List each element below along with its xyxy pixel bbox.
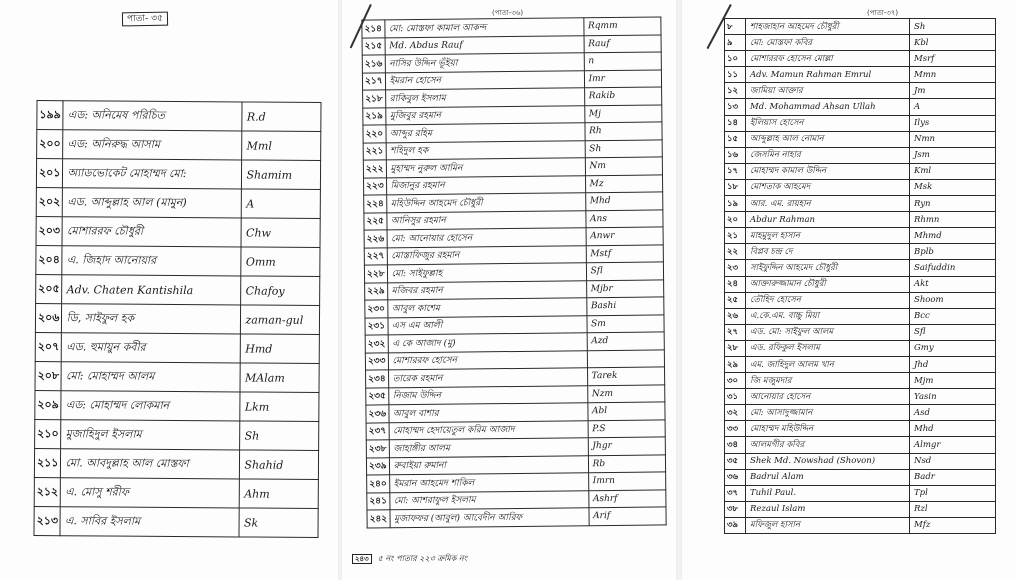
- signature: Hmd: [241, 334, 320, 364]
- attendee-name: এড: মোহাম্মদ লোকমান: [61, 391, 240, 421]
- attendee-name: জেসমিন নাহার: [746, 147, 910, 163]
- signature: Shahid: [240, 450, 319, 480]
- row-number: ১০: [725, 51, 746, 67]
- row-number: ২০৩: [36, 217, 63, 246]
- attendee-name: রাকিবুল ইসলাম: [385, 88, 584, 108]
- signature: Rzl: [910, 501, 996, 517]
- signature: Omm: [241, 247, 320, 277]
- row-number: ২৩০: [365, 300, 388, 318]
- table-row: ২৪২মুজাফফর (আবুল) আবেদীন আরিফArif: [367, 507, 666, 528]
- signature: Imrn: [588, 472, 666, 490]
- signature: Bashi: [586, 297, 664, 315]
- attendee-name: মোশতাক আহমেদ: [746, 179, 910, 195]
- attendee-name: মো. আবদুল্লাহ আল মোস্তফা: [61, 449, 240, 479]
- signature: Jhgr: [588, 437, 666, 455]
- attendee-name: এ. জিহাদ আনোয়ার: [62, 246, 241, 276]
- row-number: ১২: [725, 83, 746, 99]
- attendee-name: এড. আব্দুল্লাহ আল (মামুন): [63, 188, 242, 218]
- row-number: ২২৮: [364, 265, 387, 283]
- signature: n: [584, 52, 662, 70]
- signature: Ans: [585, 209, 663, 227]
- signature: Chafoy: [241, 276, 320, 306]
- row-number: ২৪১: [367, 492, 390, 510]
- signature: Nm: [585, 157, 663, 175]
- row-number: ২০৭: [35, 333, 62, 362]
- table-row: ২০৩মোশাররফ চৌধুরীChw: [36, 217, 320, 248]
- attendee-name: মোহাম্মদ মহিউদ্দিন: [746, 421, 910, 437]
- row-number: ২৩৮: [366, 440, 389, 458]
- attendee-name: মোহাম্মদ কামাল উদ্দিন: [746, 163, 910, 179]
- attendee-name: ইমরান হোসেন: [385, 70, 584, 90]
- table-row: ২১২এ. মোসু শরীফAhm: [34, 478, 318, 509]
- signature: Mstf: [586, 244, 664, 262]
- row-number: ২২৯: [365, 282, 388, 300]
- signature: Yasin: [910, 389, 996, 405]
- row-number: ২১৪: [362, 20, 385, 38]
- attendee-name: এড. হুমায়ুন কবীর: [62, 333, 241, 363]
- table-row: ৯মো: মোস্তফা কবিরKbl: [725, 35, 996, 51]
- signature: Mhd: [585, 192, 663, 210]
- row-number: ২৫: [725, 292, 746, 308]
- attendee-name: Shek Md. Nowshad (Shovon): [746, 453, 910, 469]
- table-row: ১৯আর. এম. রায়হানRyn: [725, 196, 996, 212]
- signature: Jsm: [910, 147, 996, 163]
- signature: Arif: [589, 507, 667, 525]
- attendee-name: অ্যাডভোকেট মোহাম্মদ মো:: [63, 159, 242, 189]
- attendee-name: বিপ্লব চন্দ্র দে: [746, 244, 910, 260]
- footer-boxed-number: ২৪৩: [352, 554, 372, 564]
- signature: Msrf: [910, 51, 996, 67]
- table-row: ২০৯এড: মোহাম্মদ লোকমানLkm: [35, 391, 319, 422]
- row-number: ২২৬: [364, 230, 387, 248]
- row-number: ২৬: [725, 308, 746, 324]
- attendee-name: ইলিয়াস হোসেন: [746, 115, 910, 131]
- signature: Ryn: [910, 196, 996, 212]
- signature: Rh: [585, 122, 663, 140]
- row-number: ২৩৬: [366, 405, 389, 423]
- signature: Sk: [239, 508, 318, 538]
- row-number: ১৪: [725, 115, 746, 131]
- row-number: ২০২: [36, 188, 63, 217]
- attendee-name: আনোয়ার হোসেন: [746, 389, 910, 405]
- table-row: ৮শাহজাহান আহমেদ চৌধুরীSh: [725, 19, 996, 35]
- signature: Bcc: [910, 308, 996, 324]
- attendee-name: শাহজাহান আহমেদ চৌধুরী: [746, 19, 910, 35]
- table-row: ২০০এড: অনিরুদ্ধ আসামMml: [37, 130, 321, 161]
- signature: Shoom: [910, 292, 996, 308]
- attendee-name: Rezaul Islam: [746, 501, 910, 517]
- row-number: ২৩৩: [365, 352, 388, 370]
- table-row: ১৯৯এড: অনিমেষ পরিচিতR.d: [37, 101, 321, 132]
- row-number: ১৬: [725, 147, 746, 163]
- row-number: ২০৯: [35, 391, 62, 420]
- signature: Asd: [910, 405, 996, 421]
- row-number: ২০৬: [35, 304, 62, 333]
- signature: [587, 349, 665, 367]
- signature: Ashrf: [588, 489, 666, 507]
- attendee-name: আক্তারুজ্জামান চৌধুরী: [746, 276, 910, 292]
- row-number: ২৯: [725, 356, 746, 372]
- signature: R.d: [242, 102, 321, 132]
- signature: Mjm: [910, 373, 996, 389]
- table-row: ১৭মোহাম্মদ কামাল উদ্দিনKml: [725, 163, 996, 179]
- row-number: ৩৩: [725, 421, 746, 437]
- signature: Mjbr: [586, 279, 664, 297]
- row-number: ২২১: [363, 142, 386, 160]
- attendee-name: আবুল কাশেম: [387, 298, 586, 318]
- row-number: ২০৫: [36, 275, 63, 304]
- signature: Msk: [910, 179, 996, 195]
- row-number: ২১: [725, 228, 746, 244]
- signature-table-left: ১৯৯এড: অনিমেষ পরিচিতR.d২০০এড: অনিরুদ্ধ আ…: [33, 100, 321, 538]
- document-page-right: (পাতা-৩৭) ৮শাহজাহান আহমেদ চৌধুরীSh৯মো: ম…: [682, 0, 1015, 580]
- attendee-name: এড. রফিকুল ইসলাম: [746, 340, 910, 356]
- attendee-name: আলমগীর কবির: [746, 437, 910, 453]
- table-row: ২৮এড. রফিকুল ইসলামGmy: [725, 340, 996, 356]
- row-number: ১১: [725, 67, 746, 83]
- attendee-name: আব্দুল্লাহ আল নোমান: [746, 131, 910, 147]
- document-page-middle: (পাতা-৩৬) ২১৪মো: মোস্তফা কামাল আকন্দRqmm…: [342, 0, 676, 580]
- table-row: ১৪ইলিয়াস হোসেনIlys: [725, 115, 996, 131]
- table-row: ২১১মো. আবদুল্লাহ আল মোস্তফাShahid: [34, 449, 318, 480]
- attendee-name: মিজানুর রহমান: [386, 175, 585, 195]
- row-number: ২৩৯: [366, 457, 389, 475]
- row-number: ২১৫: [362, 37, 385, 55]
- row-number: ২৩৭: [366, 422, 389, 440]
- row-number: ২৭: [725, 324, 746, 340]
- signature: Mj: [584, 104, 662, 122]
- attendee-name: মো: মোহাম্মদ আলম: [61, 362, 240, 392]
- attendee-name: নিজাম উদ্দিন: [388, 385, 587, 405]
- attendee-name: Badrul Alam: [746, 469, 910, 485]
- row-number: ২২০: [363, 125, 386, 143]
- table-row: ২৩সাইফুদ্দিন আহমেদ চৌধুরীSaifuddin: [725, 260, 996, 276]
- table-row: ৩০জি মজুমদারMjm: [725, 373, 996, 389]
- row-number: ৩১: [725, 389, 746, 405]
- signature: MAlam: [240, 363, 319, 393]
- attendee-name: মফিজুল হাসান: [746, 517, 910, 533]
- signature: Sm: [587, 314, 665, 332]
- signature: Rauf: [584, 34, 662, 52]
- signature: Almgr: [910, 437, 996, 453]
- signature: Mhd: [910, 421, 996, 437]
- row-number: ২৩৫: [366, 387, 389, 405]
- row-number: ৩৪: [725, 437, 746, 453]
- row-number: ৩২: [725, 405, 746, 421]
- row-number: ৩৯: [725, 517, 746, 533]
- row-number: ৩৮: [725, 501, 746, 517]
- row-number: ১৭: [725, 163, 746, 179]
- row-number: ২৩: [725, 260, 746, 276]
- table-row: ২০Abdur RahmanRhmn: [725, 212, 996, 228]
- attendee-name: তারেক রহমান: [388, 368, 587, 388]
- signature: Rqmm: [583, 17, 661, 35]
- signature: Nsd: [910, 453, 996, 469]
- row-number: ২০৪: [36, 246, 63, 275]
- attendee-name: ইমরান আহমেদ শাকিল: [389, 473, 588, 493]
- signature: Akt: [910, 276, 996, 292]
- signature: zaman-gul: [241, 305, 320, 335]
- attendee-name: এড. মো: সাইফুল আলম: [746, 324, 910, 340]
- row-number: ২১৯: [363, 107, 386, 125]
- attendee-name: আর. এম. রায়হান: [746, 196, 910, 212]
- attendee-name: মো: আসাদুজ্জামান: [746, 405, 910, 421]
- signature: Mmn: [910, 67, 996, 83]
- row-number: ২১০: [35, 420, 62, 449]
- signature: Jm: [910, 83, 996, 99]
- attendee-name: তৌহিদ হোসেন: [746, 292, 910, 308]
- signature: Mml: [242, 131, 321, 161]
- table-row: ২১মাহমুদুল হাসানMhmd: [725, 228, 996, 244]
- signature: Jhd: [910, 356, 996, 372]
- signature: Nzm: [587, 384, 665, 402]
- table-row: ২২বিপ্লব চন্দ্র দেBplb: [725, 244, 996, 260]
- row-number: ২৩২: [365, 335, 388, 353]
- row-number: ২২৩: [364, 177, 387, 195]
- table-row: ১২জামিয়া আক্তারJm: [725, 83, 996, 99]
- attendee-name: আব্দুর রহিম: [386, 123, 585, 143]
- attendee-name: সাইফুদ্দিন আহমেদ চৌধুরী: [746, 260, 910, 276]
- signature: Anwr: [586, 227, 664, 245]
- row-number: ২৪২: [367, 510, 390, 528]
- attendee-name: মুহাম্মদ নুরুল আমিন: [386, 158, 585, 178]
- table-row: ৩৪আলমগীর কবিরAlmgr: [725, 437, 996, 453]
- attendee-name: মোশাররফ চৌধুরী: [62, 217, 241, 247]
- attendee-name: এম. জাহিদুল আলম খান: [746, 356, 910, 372]
- signature: Gmy: [910, 340, 996, 356]
- signature: Ilys: [910, 115, 996, 131]
- attendee-name: মাহমুদুল হাসান: [746, 228, 910, 244]
- signature: Tarek: [587, 367, 665, 385]
- attendee-name: মো: আনোয়ার হোসেন: [387, 228, 586, 248]
- table-row: ২৯এম. জাহিদুল আলম খানJhd: [725, 356, 996, 372]
- signature: A: [242, 189, 321, 219]
- attendee-name: ডি, সাইফুল হক: [62, 304, 241, 334]
- table-row: ২০১অ্যাডভোকেট মোহাম্মদ মো:Shamim: [36, 159, 320, 190]
- attendee-name: মোশাররফ হোসেন মোল্লা: [746, 51, 910, 67]
- attendee-name: মোশাররফ হোসেন: [388, 350, 587, 370]
- attendee-name: মুজিবুর রহমান: [385, 105, 584, 125]
- table-row: ১১Adv. Mamun Rahman EmrulMmn: [725, 67, 996, 83]
- signature: Ahm: [240, 479, 319, 509]
- signature: Rb: [588, 454, 666, 472]
- table-row: ১৮মোশতাক আহমেদMsk: [725, 179, 996, 195]
- attendee-name: Md. Abdus Rauf: [385, 35, 584, 55]
- row-number: ১৯: [725, 196, 746, 212]
- table-row: ২০৭এড. হুমায়ুন কবীরHmd: [35, 333, 319, 364]
- signature: Abl: [587, 402, 665, 420]
- signature: Azd: [587, 332, 665, 350]
- attendee-name: Abdur Rahman: [746, 212, 910, 228]
- attendee-name: জামিয়া আক্তার: [746, 83, 910, 99]
- row-number: ২১৭: [362, 72, 385, 90]
- table-row: ৩৬Badrul AlamBadr: [725, 469, 996, 485]
- row-number: ১৩: [725, 99, 746, 115]
- row-number: ২১৩: [34, 507, 61, 536]
- signature: Kbl: [910, 35, 996, 51]
- table-row: ১৫আব্দুল্লাহ আল নোমানNmn: [725, 131, 996, 147]
- table-row: ৩৭Tuhil Paul.Tpl: [725, 485, 996, 501]
- attendee-name: জাহাঙ্গীর আলম: [389, 438, 588, 458]
- attendee-name: রুবাইয়া রুমানা: [389, 455, 588, 475]
- signature: Rakib: [584, 87, 662, 105]
- attendee-name: এড: অনিরুদ্ধ আসাম: [63, 130, 242, 160]
- footer-note: ২৪৩৫ নং পাতার ২২৩ ক্রমিক নং: [352, 553, 467, 566]
- signature: Tpl: [910, 485, 996, 501]
- attendee-name: আবুল বাশার: [388, 403, 587, 423]
- attendee-name: মো: মোস্তফা কামাল আকন্দ: [384, 18, 583, 38]
- attendee-name: Adv. Mamun Rahman Emrul: [746, 67, 910, 83]
- attendee-name: এড: অনিমেষ পরিচিত: [63, 101, 242, 131]
- table-row: ৩২মো: আসাদুজ্জামানAsd: [725, 405, 996, 421]
- row-number: ২২: [725, 244, 746, 260]
- signature: Lkm: [240, 392, 319, 422]
- row-number: ৩০: [725, 373, 746, 389]
- row-number: ৩৫: [725, 453, 746, 469]
- table-row: ২৪আক্তারুজ্জামান চৌধুরীAkt: [725, 276, 996, 292]
- signature-table-right: ৮শাহজাহান আহমেদ চৌধুরীSh৯মো: মোস্তফা কবি…: [724, 18, 996, 534]
- table-row: ১৩Md. Mohammad Ahsan UllahA: [725, 99, 996, 115]
- signature: Badr: [910, 469, 996, 485]
- table-row: ১৬জেসমিন নাহারJsm: [725, 147, 996, 163]
- signature: Shamim: [242, 160, 321, 190]
- signature: Mhmd: [910, 228, 996, 244]
- table-row: ৩১আনোয়ার হোসেনYasin: [725, 389, 996, 405]
- table-row: ২৫তৌহিদ হোসেনShoom: [725, 292, 996, 308]
- signature: A: [910, 99, 996, 115]
- signature: Mfz: [910, 517, 996, 533]
- attendee-name: মোস্তাফিজুর রহমান: [387, 245, 586, 265]
- signature: Nmn: [910, 131, 996, 147]
- signature: P.S: [588, 419, 666, 437]
- row-number: ২২৪: [364, 195, 387, 213]
- row-number: ২১৮: [363, 90, 386, 108]
- attendee-name: এস এম আলী: [388, 315, 587, 335]
- row-number: ২০১: [36, 159, 63, 188]
- attendee-name: আনিসুর রহমান: [386, 210, 585, 230]
- table-row: ২১৩এ. সাবির ইসলামSk: [34, 507, 318, 538]
- attendee-name: মুজাফফর (আবুল) আবেদীন আরিফ: [390, 508, 589, 528]
- table-row: ২০৪এ. জিহাদ আনোয়ারOmm: [36, 246, 320, 277]
- attendee-name: মো: সাইফুল্লাহ: [387, 263, 586, 283]
- attendee-name: মোহাম্মদ হেদায়েতুল করিম আজাদ: [389, 420, 588, 440]
- row-number: ৮: [725, 19, 746, 35]
- row-number: ২০: [725, 212, 746, 228]
- attendee-name: মহিউদ্দিন আহমেদ চৌধুরী: [386, 193, 585, 213]
- table-row: ২০২এড. আব্দুল্লাহ আল (মামুন)A: [36, 188, 320, 219]
- page-number-label: পাতা- ৩৫: [122, 12, 168, 27]
- signature: Kml: [910, 163, 996, 179]
- attendee-name: নাসির উদ্দিন ভূঁইয়া: [385, 53, 584, 73]
- signature: Saifuddin: [910, 260, 996, 276]
- row-number: ২১২: [34, 478, 61, 507]
- table-row: ৩৩মোহাম্মদ মহিউদ্দিনMhd: [725, 421, 996, 437]
- attendee-name: Md. Mohammad Ahsan Ullah: [746, 99, 910, 115]
- attendee-name: এ কে আজাদ (মু): [388, 333, 587, 353]
- attendee-name: মো: মোস্তফা কবির: [746, 35, 910, 51]
- row-number: ২৩৪: [366, 370, 389, 388]
- row-number: ৩৭: [725, 485, 746, 501]
- table-row: ২১০মুজাহিদুল ইসলামSh: [35, 420, 319, 451]
- table-row: ৩৮Rezaul IslamRzl: [725, 501, 996, 517]
- table-row: ৩৫Shek Md. Nowshad (Shovon)Nsd: [725, 453, 996, 469]
- table-row: ২৭এড. মো: সাইফুল আলমSfl: [725, 324, 996, 340]
- row-number: ২১৬: [362, 55, 385, 73]
- attendee-name: জি মজুমদার: [746, 373, 910, 389]
- row-number: ৯: [725, 35, 746, 51]
- signature: Sfl: [910, 324, 996, 340]
- row-number: ২০৮: [35, 362, 62, 391]
- row-number: ২৮: [725, 340, 746, 356]
- signature: Mz: [585, 174, 663, 192]
- attendee-name: মজিবর রহমান: [387, 280, 586, 300]
- table-row: ১০মোশাররফ হোসেন মোল্লাMsrf: [725, 51, 996, 67]
- document-page-left: পাতা- ৩৫ ১৯৯এড: অনিমেষ পরিচিতR.d২০০এড: অ…: [0, 0, 338, 580]
- table-row: ২০৬ডি, সাইফুল হকzaman-gul: [35, 304, 319, 335]
- row-number: ২৪: [725, 276, 746, 292]
- attendee-name: Adv. Chaten Kantishila: [62, 275, 241, 305]
- signature: Rhmn: [910, 212, 996, 228]
- attendee-name: এ. মোসু শরীফ: [61, 478, 240, 508]
- row-number: ১৫: [725, 131, 746, 147]
- row-number: ২১১: [34, 449, 61, 478]
- row-number: ২২৫: [364, 212, 387, 230]
- signature: Chw: [241, 218, 320, 248]
- row-number: ২২৭: [364, 247, 387, 265]
- row-number: ২২২: [363, 160, 386, 178]
- attendee-name: শহিদুল হক: [386, 140, 585, 160]
- footer-text: ৫ নং পাতার ২২৩ ক্রমিক নং: [378, 554, 467, 563]
- table-row: ৩৯মফিজুল হাসানMfz: [725, 517, 996, 533]
- table-row: ২০৮মো: মোহাম্মদ আলমMAlam: [35, 362, 319, 393]
- signature: Sh: [585, 139, 663, 157]
- row-number: ৩৬: [725, 469, 746, 485]
- signature: Sh: [910, 19, 996, 35]
- table-row: ২০৫Adv. Chaten KantishilaChafoy: [36, 275, 320, 306]
- attendee-name: মুজাহিদুল ইসলাম: [61, 420, 240, 450]
- row-number: ২৩১: [365, 317, 388, 335]
- attendee-name: এ. সাবির ইসলাম: [60, 507, 239, 537]
- signature-table-middle: ২১৪মো: মোস্তফা কামাল আকন্দRqmm২১৫Md. Abd…: [361, 16, 666, 528]
- attendee-name: এ.কে.এম. বাচ্চু মিয়া: [746, 308, 910, 324]
- signature: Bplb: [910, 244, 996, 260]
- attendee-name: Tuhil Paul.: [746, 485, 910, 501]
- row-number: ১৮: [725, 179, 746, 195]
- table-row: ২৬এ.কে.এম. বাচ্চু মিয়াBcc: [725, 308, 996, 324]
- row-number: ২০০: [37, 130, 64, 159]
- row-number: ২৪০: [367, 475, 390, 493]
- signature: Sh: [240, 421, 319, 451]
- signature: Imr: [584, 69, 662, 87]
- attendee-name: মো: আশরাফুল ইসলাম: [389, 490, 588, 510]
- signature: Sfl: [586, 262, 664, 280]
- row-number: ১৯৯: [37, 101, 64, 130]
